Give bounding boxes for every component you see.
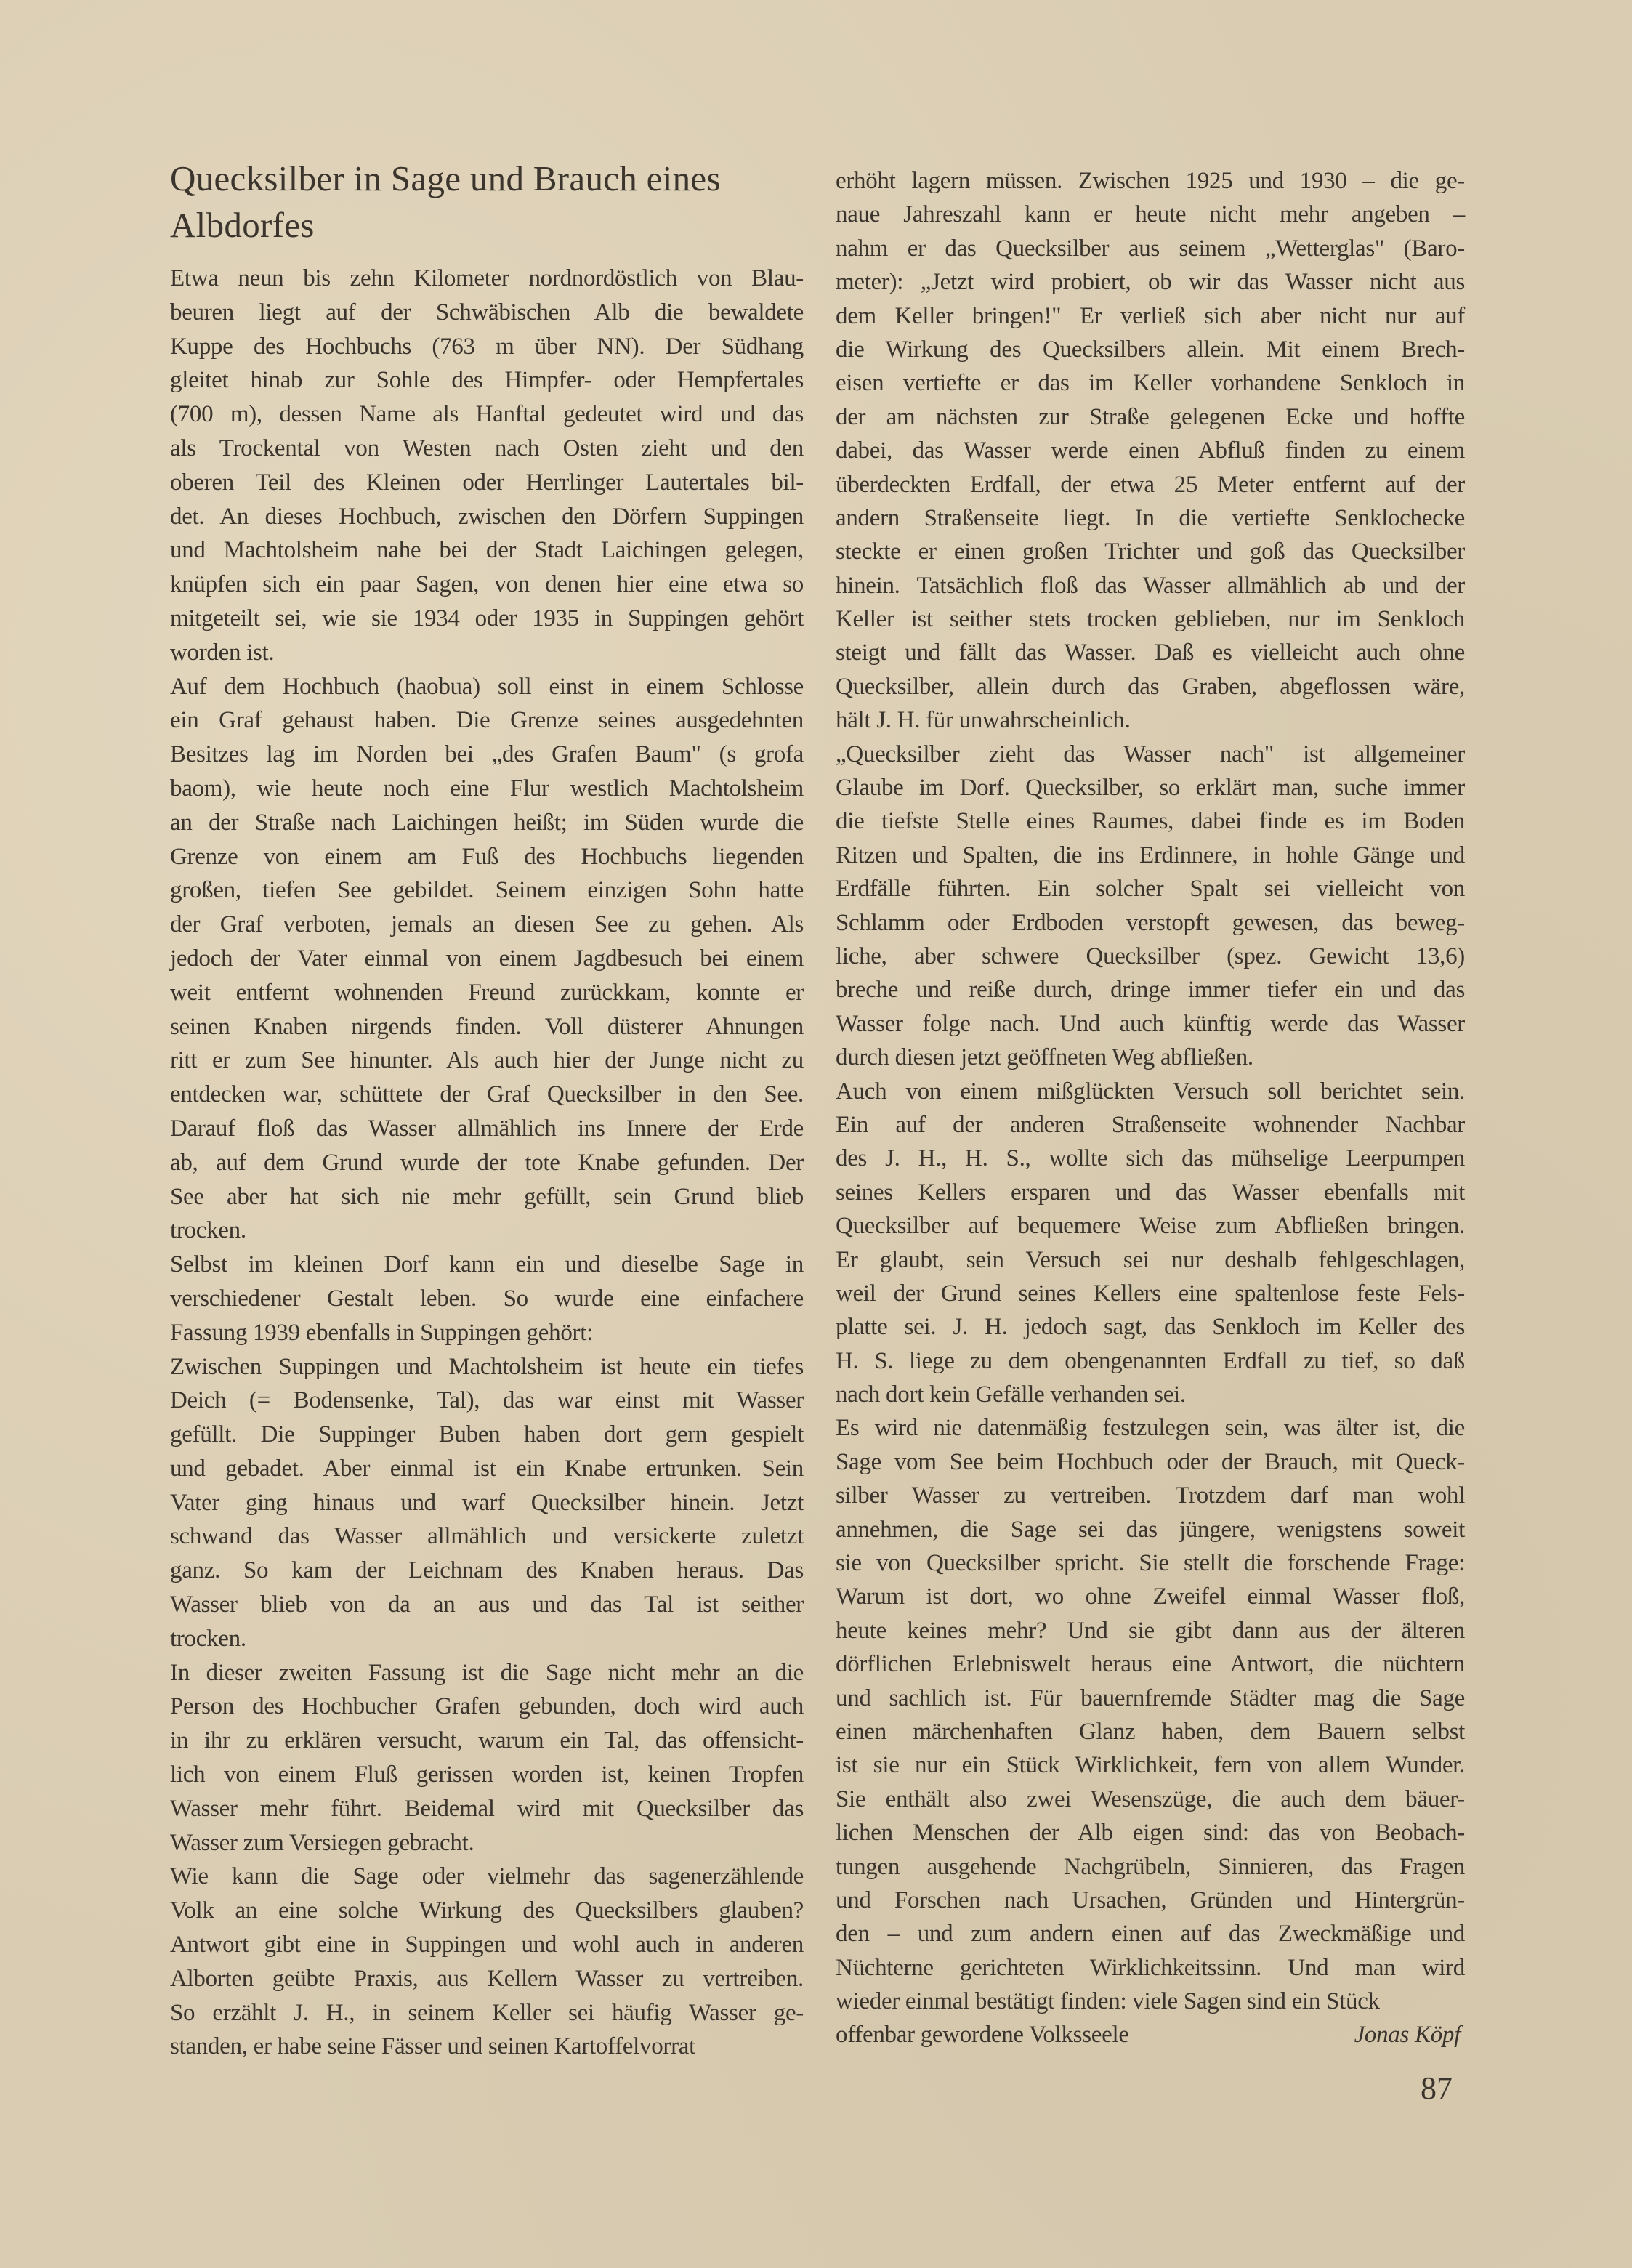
text-line: überdeckten Erdfall, der etwa 25 Meter e…: [836, 468, 1465, 501]
text-line: baom), wie heute noch eine Flur westlich…: [170, 772, 804, 806]
paragraph: „Quecksilber zieht das Wasser nach" ist …: [836, 738, 1465, 1075]
text-line: knüpfen sich ein paar Sagen, von denen h…: [170, 568, 804, 602]
text-line: Darauf floß das Wasser allmählich ins In…: [170, 1112, 804, 1146]
text-line: Auf dem Hochbuch (haobua) soll einst in …: [170, 670, 804, 704]
text-line: Auch von einem mißglückten Versuch soll …: [836, 1075, 1465, 1108]
text-line: und Forschen nach Ursachen, Gründen und …: [836, 1884, 1465, 1917]
text-line: H. S. liege zu dem obengenannten Erdfall…: [836, 1344, 1465, 1378]
document-page: Quecksilber in Sage und Brauch eines Alb…: [0, 0, 1632, 2268]
text-line: steckte er einen großen Trichter und goß…: [836, 535, 1465, 568]
text-line: erhöht lagern müssen. Zwischen 1925 und …: [836, 164, 1465, 198]
paragraph: In dieser zweiten Fassung ist die Sage n…: [170, 1656, 804, 1860]
text-line: meter): „Jetzt wird probiert, ob wir das…: [836, 265, 1465, 299]
text-line: des J. H., H. S., wollte sich das mühsel…: [836, 1142, 1465, 1175]
text-line: Es wird nie datenmäßig festzulegen sein,…: [836, 1411, 1465, 1445]
text-line: mitgeteilt sei, wie sie 1934 oder 1935 i…: [170, 602, 804, 636]
text-line: und Machtolsheim nahe bei der Stadt Laic…: [170, 533, 804, 568]
text-line: annehmen, die Sage sei das jüngere, weni…: [836, 1513, 1465, 1546]
text-line: ist sie nur ein Stück Wirklichkeit, fern…: [836, 1748, 1465, 1782]
text-line: Kuppe des Hochbuchs (763 m über NN). Der…: [170, 330, 804, 364]
text-line: einen märchenhaften Glanz haben, dem Bau…: [836, 1715, 1465, 1748]
text-line: Selbst im kleinen Dorf kann ein und dies…: [170, 1248, 804, 1282]
text-line: Antwort gibt eine in Suppingen und wohl …: [170, 1928, 804, 1962]
text-line: lichen Menschen der Alb eigen sind: das …: [836, 1816, 1465, 1849]
title-line-1: Quecksilber in Sage und Brauch eines: [170, 158, 721, 198]
text-line: trocken.: [170, 1622, 804, 1656]
text-line: Sage vom See beim Hochbuch oder der Brau…: [836, 1445, 1465, 1479]
text-line: Wasser mehr führt. Beidemal wird mit Que…: [170, 1792, 804, 1826]
text-line: und sachlich ist. Für bauernfremde Städt…: [836, 1682, 1465, 1715]
text-line: weil der Grund seines Kellers eine spalt…: [836, 1277, 1465, 1310]
text-line: Warum ist dort, wo ohne Zweifel einmal W…: [836, 1580, 1465, 1613]
text-line: an der Straße nach Laichingen heißt; im …: [170, 806, 804, 840]
text-line: Wasser blieb von da an aus und das Tal i…: [170, 1588, 804, 1622]
text-line: Deich (= Bodensenke, Tal), das war einst…: [170, 1384, 804, 1418]
text-line: trocken.: [170, 1214, 804, 1248]
text-line: Er glaubt, sein Versuch sei nur deshalb …: [836, 1243, 1465, 1277]
text-line: Besitzes lag im Norden bei „des Grafen B…: [170, 738, 804, 772]
text-line: Zwischen Suppingen und Machtolsheim ist …: [170, 1350, 804, 1384]
text-line: seinen Knaben nirgends finden. Voll düst…: [170, 1010, 804, 1044]
text-line: den – und zum andern einen auf das Zweck…: [836, 1917, 1465, 1950]
text-line: worden ist.: [170, 636, 804, 670]
text-line: liche, aber schwere Quecksilber (spez. G…: [836, 940, 1465, 973]
text-line: gleitet hinab zur Sohle des Himpfer- ode…: [170, 363, 804, 397]
text-line: beuren liegt auf der Schwäbischen Alb di…: [170, 296, 804, 330]
text-line: Wasser zum Versiegen gebracht.: [170, 1826, 804, 1860]
text-line: Wasser folge nach. Und auch künftig werd…: [836, 1007, 1465, 1041]
text-line: silber Wasser zu vertreiben. Trotzdem da…: [836, 1479, 1465, 1512]
text-line: wieder einmal bestätigt finden: viele Sa…: [836, 1985, 1465, 2018]
text-line: die Wirkung des Quecksilbers allein. Mit…: [836, 333, 1465, 366]
text-line: Quecksilber auf bequemere Weise zum Abfl…: [836, 1209, 1465, 1243]
text-line: der Graf verboten, jemals an diesen See …: [170, 908, 804, 942]
text-line: Grenze von einem am Fuß des Hochbuchs li…: [170, 840, 804, 874]
text-line: lich von einem Fluß gerissen worden ist,…: [170, 1758, 804, 1792]
text-line: nahm er das Quecksilber aus seinem „Wett…: [836, 232, 1465, 265]
title-line-2: Albdorfes: [170, 205, 315, 245]
text-line: verschiedener Gestalt leben. So wurde ei…: [170, 1282, 804, 1316]
text-line: Volk an eine solche Wirkung des Quecksil…: [170, 1894, 804, 1928]
text-line: weit entfernt wohnenden Freund zurückkam…: [170, 976, 804, 1010]
paragraph: Auch von einem mißglückten Versuch soll …: [836, 1075, 1465, 1412]
right-column: erhöht lagern müssen. Zwischen 1925 und …: [836, 164, 1465, 2052]
text-line: Alborten geübte Praxis, aus Kellern Wass…: [170, 1962, 804, 1996]
author-signature: Jonas Köpf: [1354, 2018, 1465, 2051]
text-line: (700 m), dessen Name als Hanftal gedeute…: [170, 397, 804, 432]
left-column: Etwa neun bis zehn Kilometer nordnordöst…: [170, 262, 804, 2064]
text-line: naue Jahreszahl kann er heute nicht mehr…: [836, 198, 1465, 231]
paragraph: Es wird nie datenmäßig festzulegen sein,…: [836, 1411, 1465, 2018]
text-line: breche und reiße durch, dringe immer tie…: [836, 973, 1465, 1006]
text-line: oberen Teil des Kleinen oder Herrlinger …: [170, 466, 804, 500]
text-line: ritt er zum See hinunter. Als auch hier …: [170, 1044, 804, 1078]
text-line: dem Keller bringen!" Er verließ sich abe…: [836, 299, 1465, 333]
text-line: schwand das Wasser allmählich und versic…: [170, 1520, 804, 1554]
text-line: seines Kellers ersparen und das Wasser e…: [836, 1176, 1465, 1209]
text-line: Sie enthält also zwei Wesenszüge, die au…: [836, 1783, 1465, 1816]
paragraph: Zwischen Suppingen und Machtolsheim ist …: [170, 1350, 804, 1656]
text-line: Keller ist seither stets trocken geblieb…: [836, 602, 1465, 636]
text-line: Schlamm oder Erdboden verstopft gewesen,…: [836, 906, 1465, 940]
text-line: det. An dieses Hochbuch, zwischen den Dö…: [170, 500, 804, 534]
text-line: nach dort kein Gefälle verhanden sei.: [836, 1378, 1465, 1411]
text-line: großen, tiefen See gebildet. Seinem einz…: [170, 873, 804, 908]
text-line: platte sei. J. H. jedoch sagt, das Senkl…: [836, 1310, 1465, 1344]
text-line: So erzählt J. H., in seinem Keller sei h…: [170, 1996, 804, 2030]
text-line: See aber hat sich nie mehr gefüllt, sein…: [170, 1180, 804, 1214]
text-line: ein Graf gehaust haben. Die Grenze seine…: [170, 703, 804, 738]
text-line: Fassung 1939 ebenfalls in Suppingen gehö…: [170, 1316, 804, 1350]
text-line: Wie kann die Sage oder vielmehr das sage…: [170, 1860, 804, 1894]
paragraph: Selbst im kleinen Dorf kann ein und dies…: [170, 1248, 804, 1349]
text-line: in ihr zu erklären versucht, warum ein T…: [170, 1724, 804, 1758]
article-title: Quecksilber in Sage und Brauch eines Alb…: [170, 156, 824, 249]
paragraph: Wie kann die Sage oder vielmehr das sage…: [170, 1860, 804, 2064]
text-line: In dieser zweiten Fassung ist die Sage n…: [170, 1656, 804, 1690]
text-line: ganz. So kam der Leichnam des Knaben her…: [170, 1554, 804, 1588]
closing-text: offenbar gewordene Volksseele: [836, 2018, 1129, 2051]
paragraph: Auf dem Hochbuch (haobua) soll einst in …: [170, 670, 804, 1248]
closing-line: offenbar gewordene VolksseeleJonas Köpf: [836, 2018, 1465, 2051]
text-line: die tiefste Stelle eines Raumes, dabei f…: [836, 804, 1465, 838]
page-number: 87: [1421, 2070, 1453, 2107]
text-line: dörflichen Erlebniswelt heraus eine Antw…: [836, 1647, 1465, 1681]
text-line: sie von Quecksilber spricht. Sie stellt …: [836, 1546, 1465, 1580]
text-line: Ein auf der anderen Straßenseite wohnend…: [836, 1108, 1465, 1142]
text-line: Ritzen und Spalten, die ins Erdinnere, i…: [836, 839, 1465, 872]
text-line: eisen vertiefte er das im Keller vorhand…: [836, 366, 1465, 400]
text-line: andern Straßenseite liegt. In die vertie…: [836, 501, 1465, 535]
text-line: Etwa neun bis zehn Kilometer nordnordöst…: [170, 262, 804, 296]
text-line: durch diesen jetzt geöffneten Weg abflie…: [836, 1041, 1465, 1074]
text-line: ab, auf dem Grund wurde der tote Knabe g…: [170, 1146, 804, 1180]
text-line: der am nächsten zur Straße gelegenen Eck…: [836, 400, 1465, 434]
text-line: Person des Hochbucher Grafen gebunden, d…: [170, 1690, 804, 1724]
text-line: „Quecksilber zieht das Wasser nach" ist …: [836, 738, 1465, 771]
text-line: tungen ausgehende Nachgrübeln, Sinnieren…: [836, 1850, 1465, 1884]
paragraph: Etwa neun bis zehn Kilometer nordnordöst…: [170, 262, 804, 670]
text-line: entdecken war, schüttete der Graf Quecks…: [170, 1078, 804, 1112]
text-line: Erdfälle führten. Ein solcher Spalt sei …: [836, 872, 1465, 905]
text-line: Vater ging hinaus und warf Quecksilber h…: [170, 1486, 804, 1520]
text-line: hält J. H. für unwahrscheinlich.: [836, 703, 1465, 737]
text-line: hinein. Tatsächlich floß das Wasser allm…: [836, 569, 1465, 602]
text-line: und gebadet. Aber einmal ist ein Knabe e…: [170, 1452, 804, 1486]
text-line: dabei, das Wasser werde einen Abfluß fin…: [836, 434, 1465, 467]
text-line: jedoch der Vater einmal von einem Jagdbe…: [170, 942, 804, 976]
text-line: heute keines mehr? Und sie gibt dann aus…: [836, 1614, 1465, 1647]
text-line: gefüllt. Die Suppinger Buben haben dort …: [170, 1418, 804, 1452]
text-line: als Trockental von Westen nach Osten zie…: [170, 432, 804, 466]
text-line: Quecksilber, allein durch das Graben, ab…: [836, 670, 1465, 703]
text-line: Nüchterne gerichteten Wirklichkeitssinn.…: [836, 1951, 1465, 1985]
text-line: steigt und fällt das Wasser. Daß es viel…: [836, 636, 1465, 669]
paragraph: erhöht lagern müssen. Zwischen 1925 und …: [836, 164, 1465, 738]
text-line: Glaube im Dorf. Quecksilber, so erklärt …: [836, 771, 1465, 804]
text-line: standen, er habe seine Fässer und seinen…: [170, 2030, 804, 2064]
